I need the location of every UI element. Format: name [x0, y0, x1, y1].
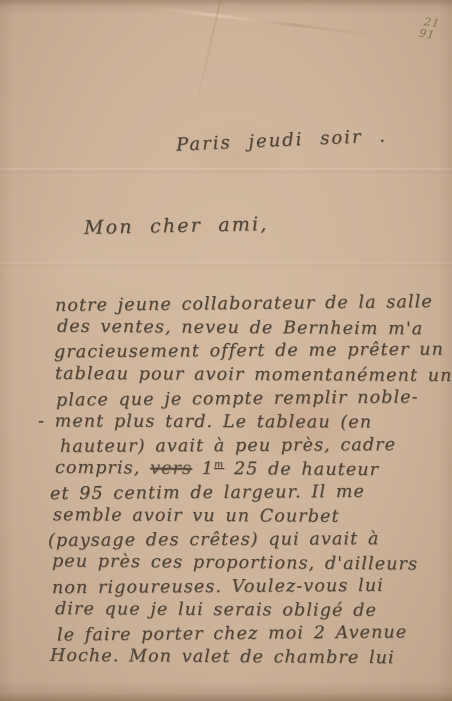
struck-word: vers: [150, 459, 192, 479]
body-line: notre jeune collaborateur de la salle: [55, 292, 433, 316]
body-line: Hoche. Mon valet de chambre lui: [50, 646, 395, 668]
body-line: gracieusement offert de me prêter un: [54, 340, 444, 363]
body-line: non rigoureuses. Voulez-vous lui: [52, 576, 384, 598]
body-line: dire que je lui serais obligé de: [55, 599, 377, 621]
body-line: semble avoir vu un Courbet: [53, 505, 340, 527]
body-line: et 95 centim de largeur. Il me: [50, 482, 365, 504]
body-line: peu près ces proportions, d'ailleurs: [52, 551, 418, 574]
body-line: - ment plus tard. Le tableau (en: [38, 411, 372, 432]
body-line: place que je compte remplir noble-: [56, 387, 419, 410]
date-line: Paris jeudi soir .: [176, 125, 388, 155]
paper-crease-diagonal: [151, 6, 380, 37]
body-line: tableau pour avoir momentanément une: [55, 364, 452, 386]
letter-page: 21 91 Paris jeudi soir . Mon cher ami, n…: [0, 0, 452, 701]
body-line: (paysage des crêtes) qui avait à: [48, 529, 380, 551]
archival-number-bottom: 91: [418, 28, 436, 42]
superscript-metre-unit: m: [214, 459, 224, 470]
measure-pre: compris,: [55, 458, 150, 479]
measure-rest: 25 de hauteur: [224, 459, 379, 480]
body-line: le faire porter chez moi 2 Avenue: [57, 622, 407, 645]
body-line: hauteur) avait à peu près, cadre: [60, 435, 396, 457]
body-line: des ventes, neveu de Bernheim m'a: [57, 317, 423, 340]
greeting-line: Mon cher ami,: [84, 213, 269, 239]
body-line-measurement: compris, vers 1m 25 de hauteur: [55, 458, 379, 480]
paper-crease-vertical: [191, 0, 222, 123]
measure-number: 1: [192, 459, 214, 479]
archival-number: 21 91: [418, 16, 441, 43]
